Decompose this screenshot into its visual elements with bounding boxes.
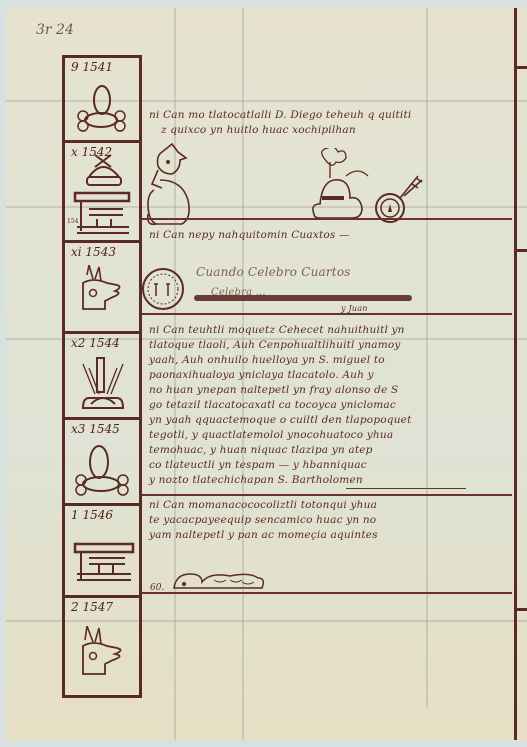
rabbit-icon — [79, 626, 129, 678]
year-label: x2 1544 — [71, 336, 120, 350]
adjacent-page-box — [517, 66, 527, 252]
entry-3-line: Cuando Celebro Cuartos — [196, 265, 351, 279]
year-cell-1547: 2 1547 — [65, 598, 139, 695]
manuscript-page: 3r 24 9 1541 x 1542 154 — [6, 8, 527, 740]
flint-knife-icon — [73, 80, 131, 138]
entry-divider — [142, 313, 512, 315]
faint-rule — [426, 8, 428, 708]
smoke-cloud-drawing: 60. — [150, 568, 310, 598]
reed-icon — [73, 354, 133, 414]
year-column: 9 1541 x 1542 154 xi 15 — [62, 55, 142, 698]
entry-4-line-1: ni Can teuhtli moquetz Cehecet nahuithui… — [149, 323, 405, 337]
entry-divider — [142, 592, 512, 594]
year-label: 9 1541 — [71, 60, 113, 74]
underline — [346, 488, 466, 489]
year-label: x3 1545 — [71, 422, 120, 436]
entry-divider — [142, 494, 512, 496]
entry-5-line-1: ni Can momanacococoliztli totonqui yhua — [149, 498, 377, 512]
rabbit-icon — [79, 265, 129, 315]
year-label: 2 1547 — [71, 600, 113, 614]
house-icon: 154 — [67, 149, 137, 239]
entry-4-line-9: temohuac, y huan niquac tlazipa yn atep — [149, 443, 373, 457]
year-cell-1542: x 1542 154 — [65, 143, 139, 243]
strike-through — [194, 295, 412, 301]
year-label: 1 1546 — [71, 508, 113, 522]
entry-4-line-7: yn yaah qquactemoque o cuiltl den tlapop… — [149, 413, 412, 427]
flint-knife-icon — [73, 440, 131, 500]
entry-4-line-11: y nozto tlatechichapan S. Bartholomen — [149, 473, 363, 487]
year-cell-1541: 9 1541 — [65, 58, 139, 143]
year-cell-1546: 1 1546 — [65, 506, 139, 598]
entry-4-line-5: no huan ynepan naltepetl yn fray alonso … — [149, 383, 398, 397]
entry-4-line-8: tegotli, y quactlatemolol ynocohuatoco y… — [149, 428, 393, 442]
circular-seal-drawing — [140, 266, 186, 312]
year-cell-1545: x3 1545 — [65, 420, 139, 506]
adjacent-page-box — [517, 608, 527, 721]
svg-text:154: 154 — [67, 218, 79, 225]
entry-1-line-2: z quixco yn huitlo huac xochipilhan — [161, 123, 356, 137]
entry-divider — [142, 218, 512, 220]
entry-4-line-2: tlatoque tlaoli, Auh Cenpohualtlihuitl y… — [149, 338, 401, 352]
entry-5-line-2: te yacacpayeequip sencamico huac yn no — [149, 513, 376, 527]
entry-4-line-4: paonaxihualoya yniclaya tlacatolo. Auh y — [149, 368, 374, 382]
year-label: xi 1543 — [71, 245, 116, 259]
folio-number: 3r 24 — [36, 22, 74, 38]
entry-5-line-3: yam naltepetl y pan ac momeçia aquintes — [149, 528, 378, 542]
entry-2-line: ni Can nepy nahquitomin Cuaxtos — — [149, 228, 350, 242]
entry-4-line-3: yaah, Auh onhuilo huelloya yn S. miguel … — [149, 353, 385, 367]
entry-4-line-10: co tlateuctli yn tespam — y hbanniquac — [149, 458, 367, 472]
year-cell-1544: x2 1544 — [65, 334, 139, 420]
entry-1-line-1: ni Can mo tlatocatlalli D. Diego teheuh … — [149, 108, 411, 122]
entry-4-line-6: go tetazil tlacatocaxatl ca tocoyca ynic… — [149, 398, 396, 412]
year-cell-1543: xi 1543 — [65, 243, 139, 334]
house-icon — [73, 542, 137, 586]
